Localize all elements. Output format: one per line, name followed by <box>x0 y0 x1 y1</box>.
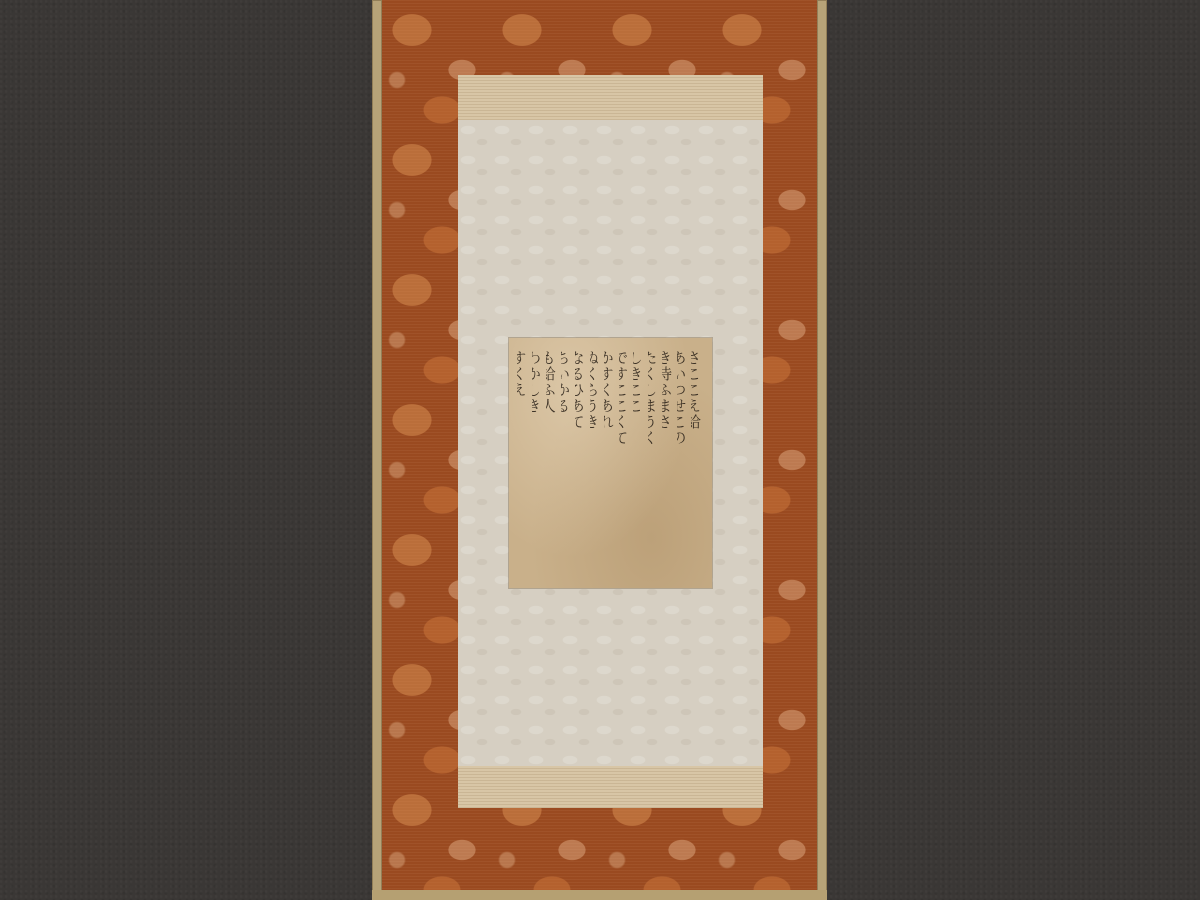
calligraphy-column: かすくあれ <box>604 350 615 578</box>
calligraphy-column: なるひあて <box>575 350 586 578</box>
bottom-ichimonji-band <box>458 766 763 808</box>
calligraphy-column: すくえ <box>517 350 528 578</box>
calligraphy-panel: さここえ給 あいつせこの き侍ふまさ たくしまうく しきここ ですここくて かす… <box>509 338 712 588</box>
hanging-scroll: さここえ給 あいつせこの き侍ふまさ たくしまうく しきここ ですここくて かす… <box>372 0 827 900</box>
calligraphy-column: あいつせこの <box>677 350 688 578</box>
calligraphy-columns: さここえ給 あいつせこの き侍ふまさ たくしまうく しきここ ですここくて かす… <box>517 350 702 578</box>
calligraphy-column: しきここ <box>633 350 644 578</box>
bottom-rod <box>372 890 827 900</box>
left-edge-strip <box>372 0 382 900</box>
calligraphy-column: ですここくて <box>619 350 630 578</box>
calligraphy-column: さここえ給 <box>691 350 702 578</box>
top-ichimonji-band <box>458 75 763 120</box>
calligraphy-column: たくしまうく <box>648 350 659 578</box>
calligraphy-column: も給ふ人 <box>546 350 557 578</box>
calligraphy-column: ちいかる <box>561 350 572 578</box>
brocade-border: さここえ給 あいつせこの き侍ふまさ たくしまうく しきここ ですここくて かす… <box>382 0 817 892</box>
calligraphy-column: ぬくらうき <box>590 350 601 578</box>
calligraphy-column: わかしき <box>532 350 543 578</box>
right-edge-strip <box>817 0 827 900</box>
calligraphy-column: き侍ふまさ <box>662 350 673 578</box>
